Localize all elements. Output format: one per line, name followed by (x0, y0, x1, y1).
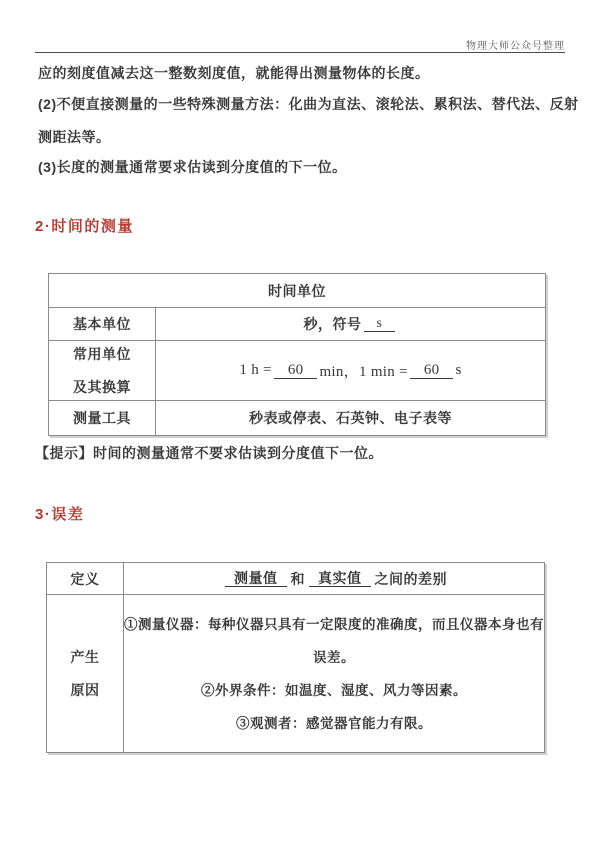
error-row-cause-label: 产生 原因 (47, 595, 124, 752)
def-answer-blank-2: 真实值 (309, 571, 371, 587)
time-hint: 【提示】时间的测量通常不要求估读到分度值下一位。 (35, 444, 383, 462)
units-label-line2: 及其换算 (73, 371, 131, 404)
def-answer-blank-1: 测量值 (225, 571, 287, 587)
section-heading-error: 3·误差 (35, 503, 84, 524)
time-row-units-label: 常用单位 及其换算 (49, 341, 156, 401)
cause-label-line1: 产生 (71, 641, 100, 674)
conversion-answer-blank-1: 60 (274, 363, 318, 379)
time-row-tools-label: 测量工具 (49, 401, 156, 435)
cause-item-3: ③观测者：感觉器官能力有限。 (236, 707, 432, 740)
time-row-tools-value: 秒表或停表、石英钟、电子表等 (156, 401, 545, 435)
time-row-basic-value: 秒，符号s (156, 308, 545, 341)
cause-label-line2: 原因 (71, 674, 100, 707)
conversion-part1: 1 h = (239, 362, 271, 379)
watermark-text: 物理大师公众号整理 (466, 37, 565, 52)
error-table: 定义 测量值和真实值之间的差别 产生 原因 ①测量仪器：每种仪器只具有一定限度的… (46, 562, 545, 753)
cause-item-1b: 误差。 (313, 641, 355, 674)
cause-item-1a: ①测量仪器：每种仪器只具有一定限度的准确度，而且仪器本身也有 (124, 608, 544, 641)
intro-line-2: (2)不便直接测量的一些特殊测量方法：化曲为直法、滚轮法、累积法、替代法、反射 (38, 95, 579, 113)
error-row-def-label: 定义 (47, 563, 124, 595)
header-divider (35, 52, 565, 53)
time-units-table: 时间单位 基本单位 秒，符号s 常用单位 及其换算 1 h =60min，1 m… (48, 273, 546, 436)
conversion-part2: min，1 min = (319, 360, 407, 381)
error-row-def-value: 测量值和真实值之间的差别 (124, 563, 544, 595)
intro-line-3: 测距法等。 (38, 128, 111, 146)
def-mid: 和 (291, 569, 306, 589)
error-row-cause-value: ①测量仪器：每种仪器只具有一定限度的准确度，而且仪器本身也有 误差。 ②外界条件… (124, 595, 544, 752)
time-row-units-value: 1 h =60min，1 min =60s (156, 341, 545, 401)
document-page: 物理大师公众号整理 应的刻度值减去这一整数刻度值，就能得出测量物体的长度。 (2… (0, 0, 600, 849)
intro-line-4: (3)长度的测量通常要求估读到分度值的下一位。 (38, 158, 347, 176)
conversion-answer-blank-2: 60 (410, 363, 454, 379)
basic-unit-answer-blank: s (364, 316, 396, 332)
units-label-line1: 常用单位 (73, 338, 131, 371)
time-row-basic-label: 基本单位 (49, 308, 156, 341)
conversion-part3: s (455, 362, 461, 379)
time-table-title: 时间单位 (49, 274, 545, 308)
basic-unit-prefix: 秒，符号 (304, 314, 362, 334)
intro-line-1: 应的刻度值减去这一整数刻度值，就能得出测量物体的长度。 (38, 64, 430, 82)
section-heading-time: 2·时间的测量 (35, 215, 134, 236)
cause-item-2: ②外界条件：如温度、湿度、风力等因素。 (201, 674, 467, 707)
def-suffix: 之间的差别 (375, 569, 448, 589)
